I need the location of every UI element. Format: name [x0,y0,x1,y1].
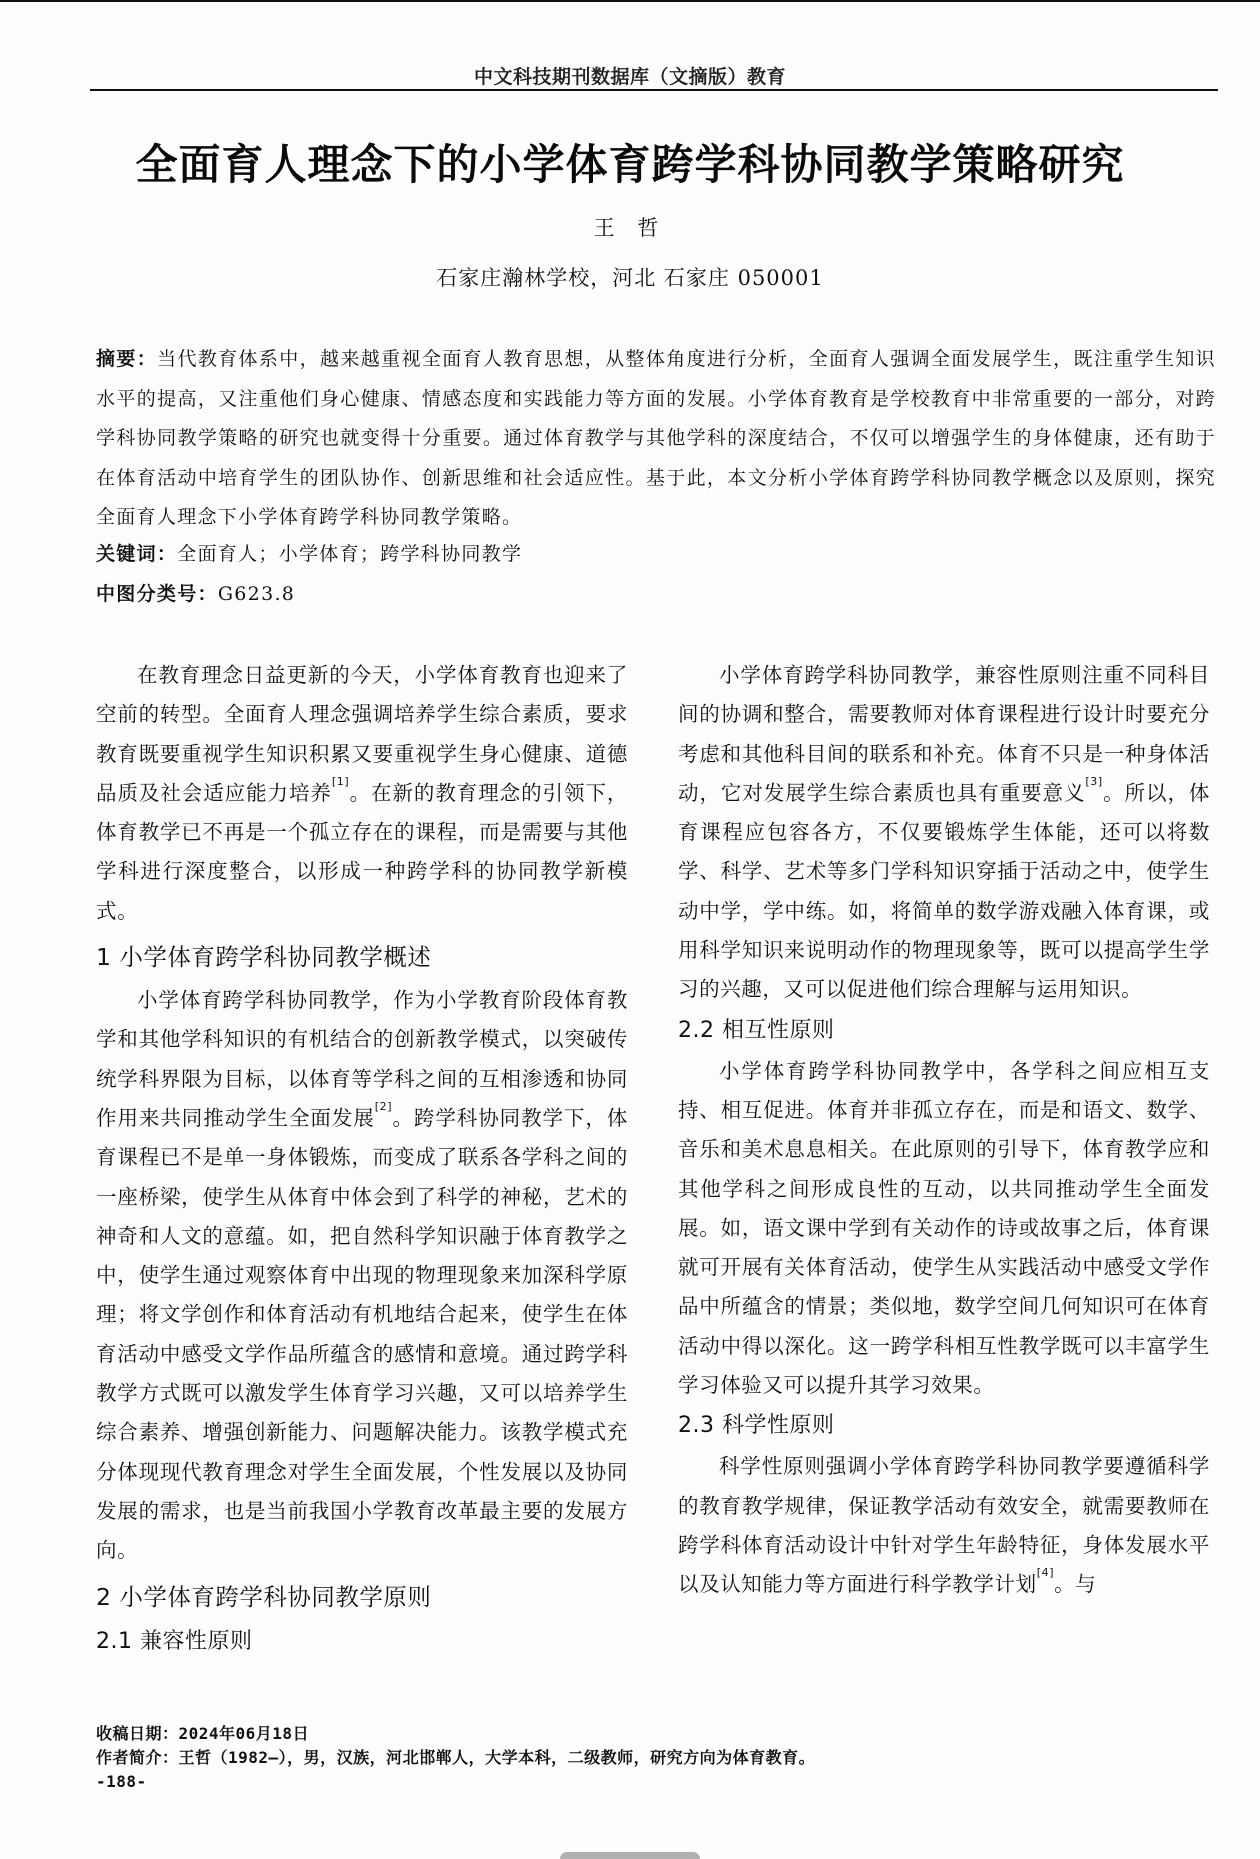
footnote: 收稿日期：2024年06月18日 作者简介：王哲（1982—），男，汉族，河北邯… [96,1722,815,1794]
header-rule [90,89,1218,91]
keywords-label: 关键词： [96,543,177,565]
section-2-3-paragraph: 科学性原则强调小学体育跨学科协同教学要遵循科学的教育教学规律，保证教学活动有效安… [678,1447,1210,1604]
section-2-2-heading: 2.2 相互性原则 [678,1010,1210,1052]
author-bio: 作者简介：王哲（1982—），男，汉族，河北邯郸人，大学本科，二级教师，研究方向… [96,1746,815,1770]
keywords-text: 全面育人；小学体育；跨学科协同教学 [177,543,522,565]
body-right-column: 小学体育跨学科协同教学，兼容性原则注重不同科目间的协调和整合，需要教师对体育课程… [678,656,1210,1605]
citation-ref: [4] [1037,1566,1054,1579]
received-date: 收稿日期：2024年06月18日 [96,1722,815,1746]
running-head: 中文科技期刊数据库（文摘版）教育 [0,62,1260,89]
page-number: -188- [96,1770,815,1794]
abstract-label: 摘要： [96,348,157,370]
citation-ref: [1] [332,775,349,788]
home-indicator[interactable] [560,1852,700,1859]
clc-text: G623.8 [218,583,295,605]
citation-ref: [3] [1085,775,1102,788]
abstract: 摘要：当代教育体系中，越来越重视全面育人教育思想，从整体角度进行分析，全面育人强… [96,340,1216,538]
citation-ref: [2] [375,1100,392,1113]
section-2-1-paragraph: 小学体育跨学科协同教学，兼容性原则注重不同科目间的协调和整合，需要教师对体育课程… [678,656,1210,1010]
section-2-2-paragraph: 小学体育跨学科协同教学中，各学科之间应相互支持、相互促进。体育并非孤立存在，而是… [678,1052,1210,1406]
abstract-text: 当代教育体系中，越来越重视全面育人教育思想，从整体角度进行分析，全面育人强调全面… [96,348,1216,528]
clc-label: 中图分类号： [96,583,218,605]
body-left-column: 在教育理念日益更新的今天，小学体育教育也迎来了空前的转型。全面育人理念强调培养学… [96,656,628,1663]
section-2-heading: 2 小学体育跨学科协同教学原则 [96,1575,628,1619]
section-2-3-heading: 2.3 科学性原则 [678,1405,1210,1447]
section-1-heading: 1 小学体育跨学科协同教学概述 [96,935,628,979]
section-2-1-heading: 2.1 兼容性原则 [96,1621,628,1663]
affiliation: 石家庄瀚林学校，河北 石家庄 050001 [0,262,1260,292]
author-name: 王 哲 [0,212,1260,242]
section-1-paragraph: 小学体育跨学科协同教学，作为小学教育阶段体育教学和其他学科知识的有机结合的创新教… [96,981,628,1570]
top-border [0,0,1260,2]
intro-paragraph: 在教育理念日益更新的今天，小学体育教育也迎来了空前的转型。全面育人理念强调培养学… [96,656,628,931]
classification-number: 中图分类号：G623.8 [96,579,295,606]
keywords: 关键词：全面育人；小学体育；跨学科协同教学 [96,539,522,566]
paper-title: 全面育人理念下的小学体育跨学科协同教学策略研究 [0,132,1260,192]
